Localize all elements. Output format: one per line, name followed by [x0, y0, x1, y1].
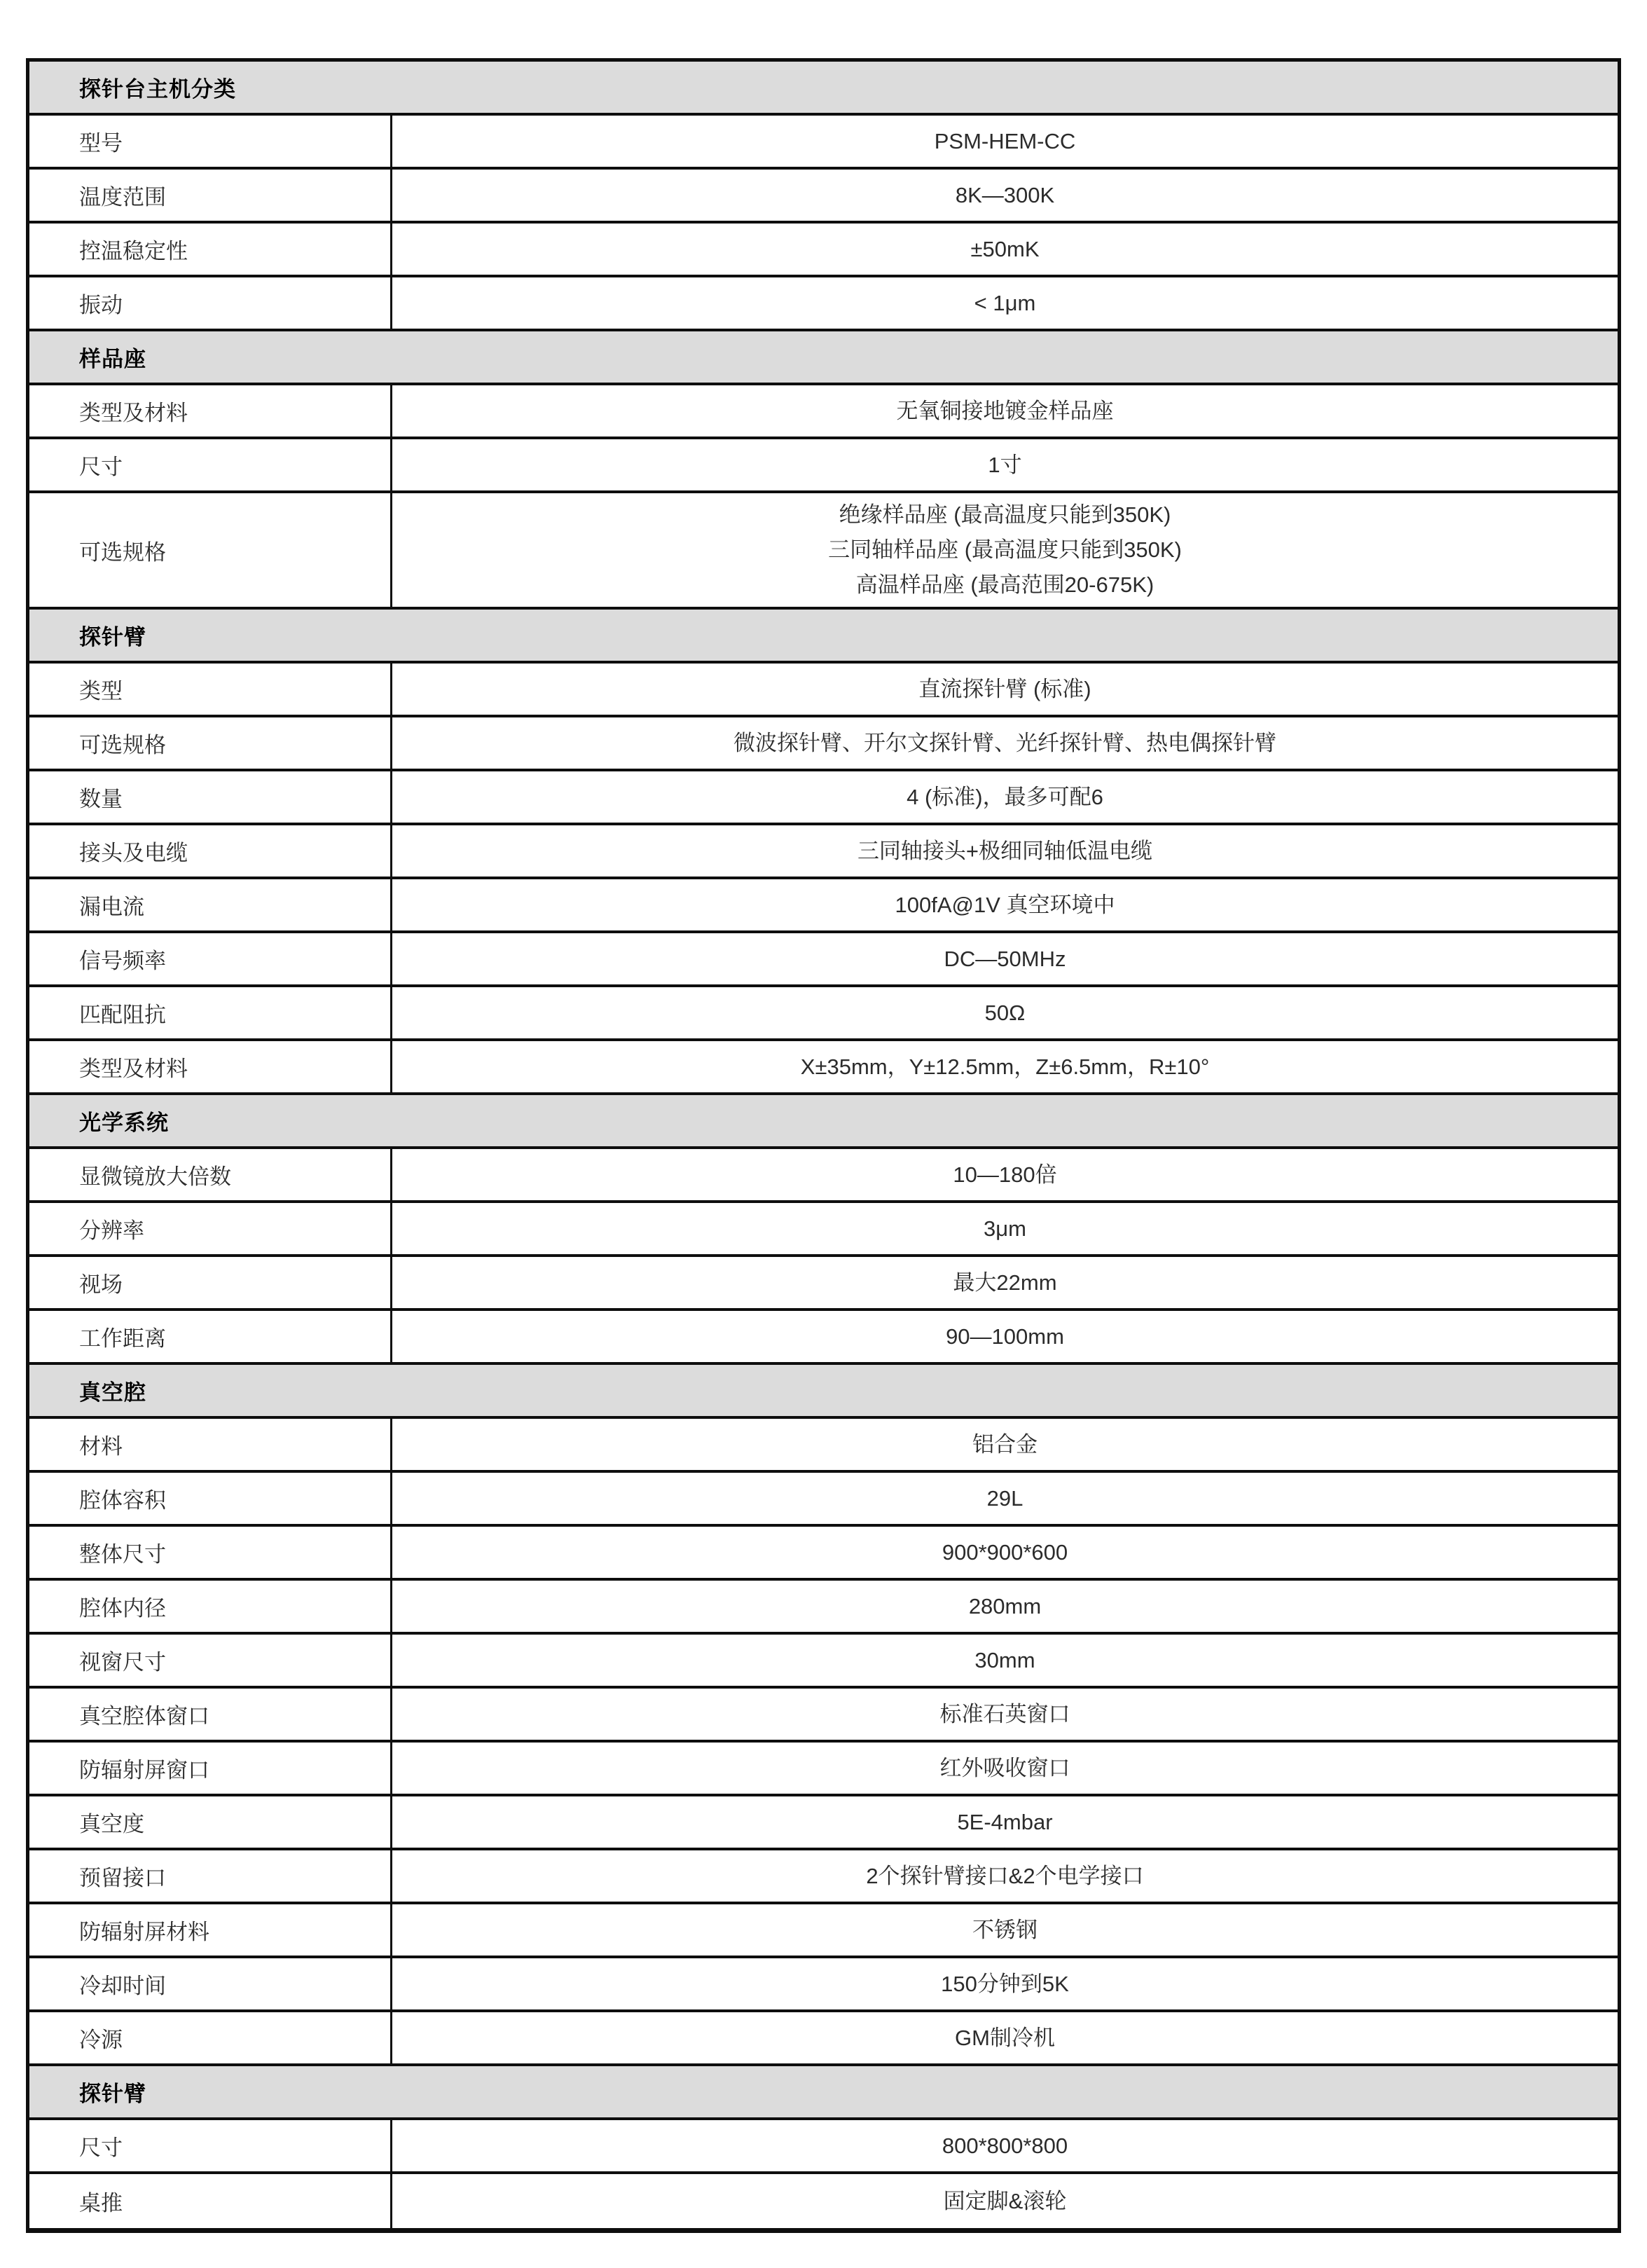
spec-value: 5E-4mbar	[392, 1796, 1618, 1848]
spec-value: 固定脚&滚轮	[392, 2174, 1618, 2228]
spec-row: 数量4 (标准)，最多可配6	[29, 771, 1618, 825]
spec-value: 直流探针臂 (标准)	[392, 664, 1618, 715]
spec-value: 最大22mm	[392, 1257, 1618, 1308]
spec-label: 防辐射屏窗口	[29, 1743, 392, 1794]
spec-label: 材料	[29, 1419, 392, 1470]
section-header: 探针臂	[29, 2066, 1618, 2120]
spec-value: ±50mK	[392, 224, 1618, 275]
spec-row: 显微镜放大倍数10—180倍	[29, 1149, 1618, 1203]
spec-value: 三同轴接头+极细同轴低温电缆	[392, 825, 1618, 877]
spec-row: 振动< 1μm	[29, 277, 1618, 331]
spec-value: 无氧铜接地镀金样品座	[392, 385, 1618, 437]
spec-value: X±35mm，Y±12.5mm，Z±6.5mm，R±10°	[392, 1041, 1618, 1092]
spec-row: 腔体内径280mm	[29, 1581, 1618, 1635]
spec-row: 尺寸1寸	[29, 439, 1618, 493]
spec-row: 信号频率DC—50MHz	[29, 933, 1618, 987]
spec-label: 冷却时间	[29, 1958, 392, 2009]
spec-value: 10—180倍	[392, 1149, 1618, 1200]
spec-value: 微波探针臂、开尔文探针臂、光纤探针臂、热电偶探针臂	[392, 717, 1618, 769]
spec-value: 280mm	[392, 1581, 1618, 1632]
spec-row: 类型及材料无氧铜接地镀金样品座	[29, 385, 1618, 439]
spec-label: 漏电流	[29, 879, 392, 930]
spec-value: 30mm	[392, 1635, 1618, 1686]
spec-label: 视窗尺寸	[29, 1635, 392, 1686]
spec-label: 腔体容积	[29, 1473, 392, 1524]
section-header: 探针臂	[29, 610, 1618, 664]
spec-row: 防辐射屏窗口红外吸收窗口	[29, 1743, 1618, 1796]
section-header: 探针台主机分类	[29, 62, 1618, 116]
spec-row: 预留接口2个探针臂接口&2个电学接口	[29, 1850, 1618, 1904]
spec-table: 探针台主机分类型号PSM-HEM-CC温度范围8K—300K控温稳定性±50mK…	[26, 58, 1621, 2233]
spec-label: 温度范围	[29, 170, 392, 221]
spec-value: 不锈钢	[392, 1904, 1618, 1956]
spec-value: 50Ω	[392, 987, 1618, 1038]
spec-value: 150分钟到5K	[392, 1958, 1618, 2009]
page: { "colors": { "section_header_bg": "#dcd…	[0, 0, 1647, 2268]
spec-row: 工作距离90—100mm	[29, 1311, 1618, 1365]
spec-value: 8K—300K	[392, 170, 1618, 221]
spec-row: 漏电流100fA@1V 真空环境中	[29, 879, 1618, 933]
spec-label: 尺寸	[29, 439, 392, 490]
section-header: 样品座	[29, 331, 1618, 385]
spec-row: 防辐射屏材料不锈钢	[29, 1904, 1618, 1958]
spec-value: GM制冷机	[392, 2012, 1618, 2063]
spec-value: 红外吸收窗口	[392, 1743, 1618, 1794]
spec-label: 振动	[29, 277, 392, 329]
spec-row: 尺寸800*800*800	[29, 2120, 1618, 2174]
spec-row: 类型及材料X±35mm，Y±12.5mm，Z±6.5mm，R±10°	[29, 1041, 1618, 1095]
spec-label: 真空度	[29, 1796, 392, 1848]
spec-row: 类型直流探针臂 (标准)	[29, 664, 1618, 717]
spec-label: 工作距离	[29, 1311, 392, 1362]
spec-label: 真空腔体窗口	[29, 1689, 392, 1740]
spec-value: 4 (标准)，最多可配6	[392, 771, 1618, 823]
spec-row: 腔体容积29L	[29, 1473, 1618, 1527]
spec-label: 匹配阻抗	[29, 987, 392, 1038]
spec-row: 分辨率3μm	[29, 1203, 1618, 1257]
spec-label: 尺寸	[29, 2120, 392, 2171]
spec-row: 型号PSM-HEM-CC	[29, 116, 1618, 170]
spec-row: 冷却时间150分钟到5K	[29, 1958, 1618, 2012]
section-header: 光学系统	[29, 1095, 1618, 1149]
spec-value: 2个探针臂接口&2个电学接口	[392, 1850, 1618, 1902]
spec-row: 材料铝合金	[29, 1419, 1618, 1473]
spec-value: 绝缘样品座 (最高温度只能到350K) 三同轴样品座 (最高温度只能到350K)…	[392, 493, 1618, 607]
spec-row: 可选规格微波探针臂、开尔文探针臂、光纤探针臂、热电偶探针臂	[29, 717, 1618, 771]
spec-value: DC—50MHz	[392, 933, 1618, 984]
spec-label: 可选规格	[29, 493, 392, 607]
spec-label: 显微镜放大倍数	[29, 1149, 392, 1200]
spec-label: 防辐射屏材料	[29, 1904, 392, 1956]
spec-value: 100fA@1V 真空环境中	[392, 879, 1618, 930]
spec-row: 匹配阻抗50Ω	[29, 987, 1618, 1041]
spec-value: < 1μm	[392, 277, 1618, 329]
spec-row: 可选规格绝缘样品座 (最高温度只能到350K) 三同轴样品座 (最高温度只能到3…	[29, 493, 1618, 610]
spec-row: 温度范围8K—300K	[29, 170, 1618, 224]
spec-value: 29L	[392, 1473, 1618, 1524]
spec-label: 数量	[29, 771, 392, 823]
spec-label: 类型	[29, 664, 392, 715]
spec-row: 整体尺寸900*900*600	[29, 1527, 1618, 1581]
spec-row: 视窗尺寸30mm	[29, 1635, 1618, 1689]
spec-row: 真空腔体窗口标准石英窗口	[29, 1689, 1618, 1743]
spec-label: 整体尺寸	[29, 1527, 392, 1578]
spec-value: 90—100mm	[392, 1311, 1618, 1362]
spec-value: 800*800*800	[392, 2120, 1618, 2171]
spec-label: 型号	[29, 116, 392, 167]
spec-label: 桌推	[29, 2174, 392, 2228]
spec-label: 可选规格	[29, 717, 392, 769]
spec-value: PSM-HEM-CC	[392, 116, 1618, 167]
spec-row: 控温稳定性±50mK	[29, 224, 1618, 277]
spec-label: 分辨率	[29, 1203, 392, 1254]
spec-row: 视场最大22mm	[29, 1257, 1618, 1311]
spec-value: 3μm	[392, 1203, 1618, 1254]
spec-label: 视场	[29, 1257, 392, 1308]
spec-row: 真空度5E-4mbar	[29, 1796, 1618, 1850]
section-header: 真空腔	[29, 1365, 1618, 1419]
spec-label: 接头及电缆	[29, 825, 392, 877]
spec-label: 信号频率	[29, 933, 392, 984]
spec-row: 冷源GM制冷机	[29, 2012, 1618, 2066]
spec-row: 桌推固定脚&滚轮	[29, 2174, 1618, 2228]
spec-row: 接头及电缆三同轴接头+极细同轴低温电缆	[29, 825, 1618, 879]
spec-label: 冷源	[29, 2012, 392, 2063]
spec-value: 铝合金	[392, 1419, 1618, 1470]
spec-value: 标准石英窗口	[392, 1689, 1618, 1740]
spec-label: 控温稳定性	[29, 224, 392, 275]
spec-label: 类型及材料	[29, 1041, 392, 1092]
spec-label: 腔体内径	[29, 1581, 392, 1632]
spec-label: 类型及材料	[29, 385, 392, 437]
spec-label: 预留接口	[29, 1850, 392, 1902]
spec-value: 900*900*600	[392, 1527, 1618, 1578]
spec-value: 1寸	[392, 439, 1618, 490]
